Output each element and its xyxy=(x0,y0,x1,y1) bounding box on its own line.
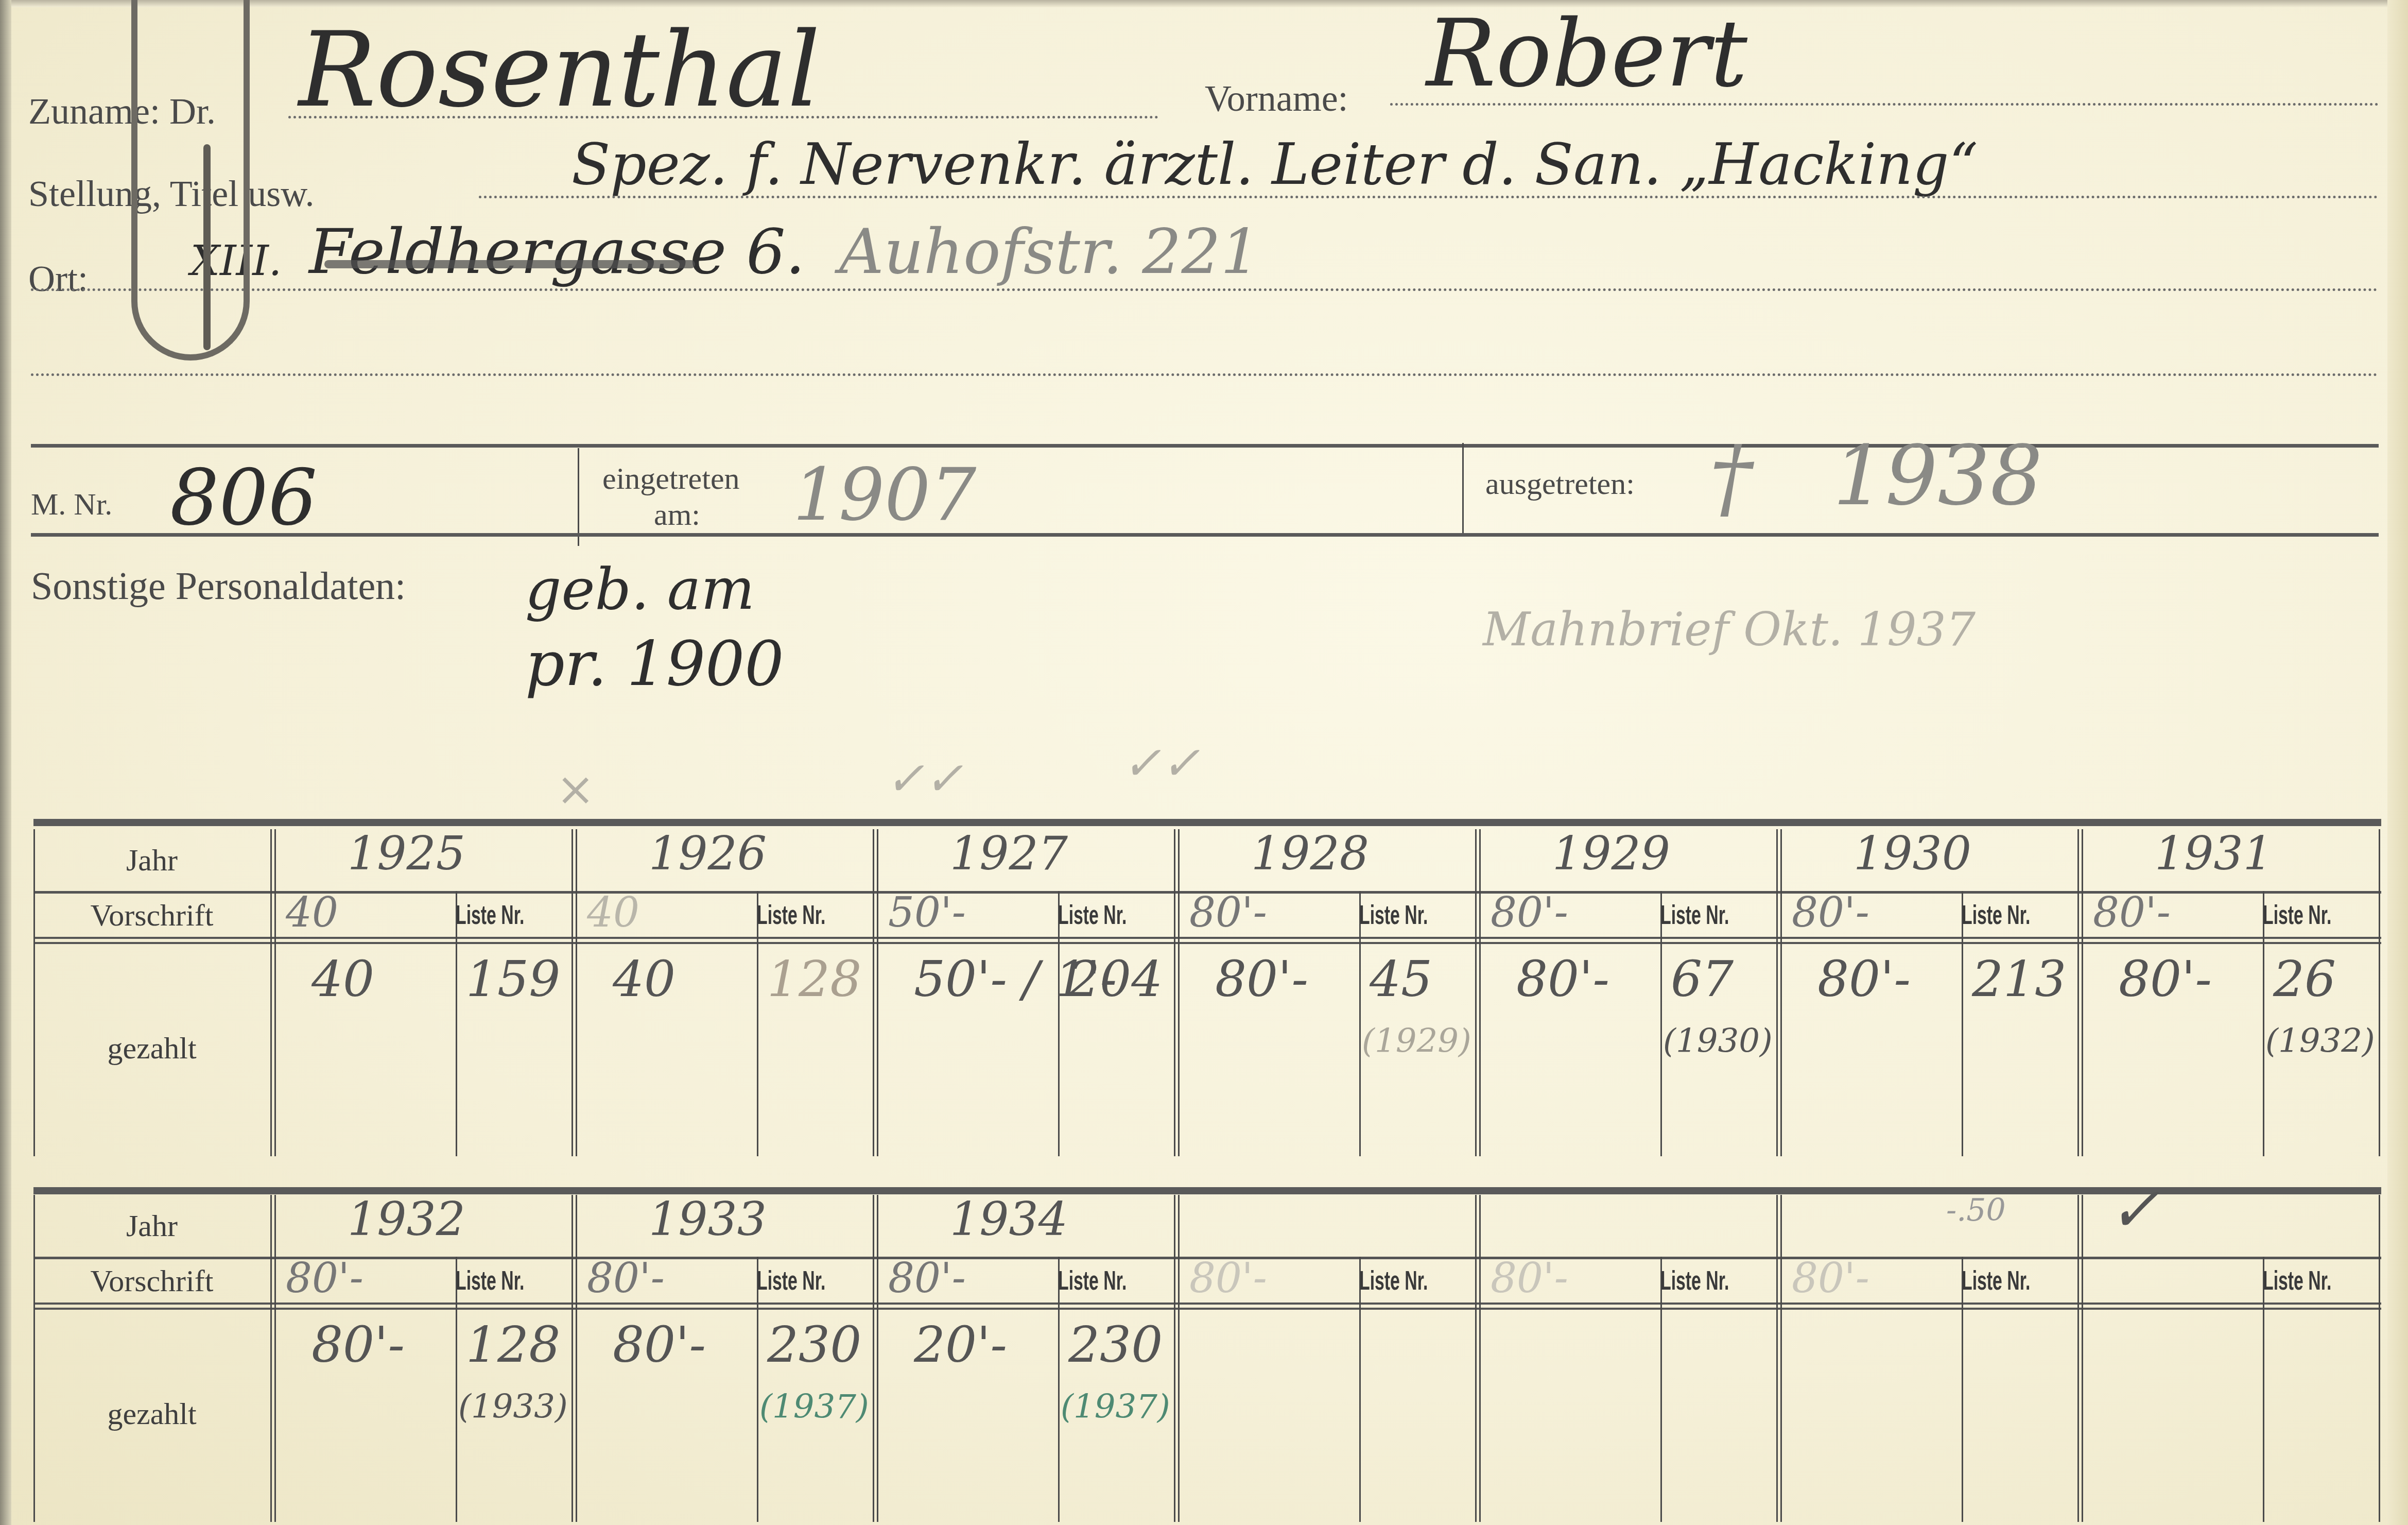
paperclip-icon xyxy=(131,0,250,361)
ledger-year-divider-double xyxy=(2082,1195,2083,1522)
liste-year-value: (1933) xyxy=(458,1388,568,1426)
ledger-year-divider xyxy=(1475,1195,1477,1522)
stellung-dotline xyxy=(479,196,2379,198)
vorschrift-value: 80'- xyxy=(2093,888,2171,936)
mnr-label: M. Nr. xyxy=(31,487,112,522)
liste-nr-label: Liste Nr. xyxy=(1359,1257,1428,1306)
zuname-value: Rosenthal xyxy=(299,10,820,130)
checkmark-icon: ✓✓ xyxy=(886,752,963,806)
row-label-vorschrift: Vorschrift xyxy=(33,1257,270,1306)
ledger-year-divider-double xyxy=(877,829,878,1156)
row-label-vorschrift: Vorschrift xyxy=(33,891,270,940)
vorname-dotline xyxy=(1390,103,2379,106)
ledger-year-divider-double xyxy=(1780,1195,1782,1522)
ledger-left-border xyxy=(33,1195,35,1522)
vorschrift-value: 80'- xyxy=(1792,1254,1869,1302)
vorschrift-value: 80'- xyxy=(1189,1254,1267,1302)
paperclip-inner-wire xyxy=(203,144,211,350)
gezahlt-value: 80'- xyxy=(1817,950,1911,1008)
mahnbrief-note: Mahnbrief Okt. 1937 xyxy=(1483,603,1976,657)
ledger-year-divider xyxy=(1475,829,1477,1156)
vorschrift-value: 80'- xyxy=(1189,888,1267,936)
membership-card: Zuname: Dr. Rosenthal Vorname: Robert St… xyxy=(0,0,2408,1525)
ledger-year-divider-double xyxy=(576,829,577,1156)
ledger-year-divider-double xyxy=(1178,1195,1180,1522)
gezahlt-value: 80'- xyxy=(613,1316,706,1374)
ort-label: Ort: xyxy=(28,258,88,300)
ledger-year-divider xyxy=(873,1195,874,1522)
ledger-right-border xyxy=(2379,1195,2380,1522)
gezahlt-value: 80'- xyxy=(1215,950,1308,1008)
ledger-year-divider-double xyxy=(877,1195,878,1522)
gezahlt-value: 80'- xyxy=(1516,950,1609,1008)
liste-year-value: (1929) xyxy=(1362,1022,1471,1060)
ledger-year-divider-double xyxy=(1178,829,1180,1156)
gezahlt-value: 20'- xyxy=(914,1316,1007,1374)
ledger-top-rule xyxy=(33,819,2381,826)
stellung-value: Spez. f. Nervenkr. ärztl. Leiter d. San.… xyxy=(571,131,1978,197)
year-value: 1925 xyxy=(348,827,465,881)
card-edge-top xyxy=(0,0,2408,7)
ledger-year-divider-double xyxy=(274,1195,276,1522)
ledger-year-divider xyxy=(571,829,573,1156)
liste-value: 67 xyxy=(1671,950,1734,1008)
ausgetreten-cross-icon: † xyxy=(1709,427,1753,529)
ledger-year-divider-double xyxy=(1479,829,1481,1156)
liste-value: 230 xyxy=(1068,1316,1163,1374)
year-value: 1932 xyxy=(348,1192,465,1246)
liste-value: 128 xyxy=(466,1316,560,1374)
liste-year-value: (1937) xyxy=(759,1388,869,1426)
ledger-year-divider-double xyxy=(274,829,276,1156)
ledger-row-rule-double-b xyxy=(33,942,2381,944)
eingetreten-label: eingetreten xyxy=(602,461,740,496)
ort-new-address: Auhofstr. 221 xyxy=(839,216,1260,288)
row-label-gezahlt: gezahlt xyxy=(33,1306,270,1522)
vorname-label: Vorname: xyxy=(1205,77,1348,120)
liste-nr-label: Liste Nr. xyxy=(2263,1257,2331,1306)
liste-value: 45 xyxy=(1370,950,1432,1008)
liste-year-value: (1932) xyxy=(2265,1022,2375,1060)
liste-value: 26 xyxy=(2273,950,2336,1008)
row-label-jahr: Jahr xyxy=(33,829,270,891)
eingetreten-value: 1907 xyxy=(793,453,976,537)
liste-year-value: (1930) xyxy=(1663,1022,1773,1060)
liste-nr-label: Liste Nr. xyxy=(1359,891,1428,940)
ort-old-address: Feldhergasse 6. xyxy=(309,216,805,288)
vorschrift-value: 50'- xyxy=(888,888,966,936)
ledger-year-divider xyxy=(2077,829,2079,1156)
liste-nr-label: Liste Nr. xyxy=(757,1257,825,1306)
liste-value: 230 xyxy=(767,1316,861,1374)
liste-value: 159 xyxy=(466,950,560,1008)
vorschrift-value: 80'- xyxy=(286,1254,363,1302)
sonstige-label: Sonstige Personaldaten: xyxy=(31,564,406,609)
ledger-year-divider xyxy=(2077,1195,2079,1522)
row-label-jahr: Jahr xyxy=(33,1195,270,1257)
vorschrift-value: 80'- xyxy=(1491,1254,1568,1302)
year-value: 1928 xyxy=(1251,827,1369,881)
liste-nr-label: Liste Nr. xyxy=(1660,891,1729,940)
year-value: 1926 xyxy=(649,827,767,881)
vorschrift-value: 80'- xyxy=(888,1254,966,1302)
gezahlt-value: 40 xyxy=(613,950,675,1008)
ledger-year-divider-double xyxy=(576,1195,577,1522)
vorschrift-value: 40 xyxy=(286,888,338,936)
ledger-year-divider-double xyxy=(1479,1195,1481,1522)
liste-value: 213 xyxy=(1972,950,2066,1008)
ledger-year-divider-double xyxy=(2082,829,2083,1156)
year-value: 1934 xyxy=(950,1192,1068,1246)
year-value: -.50 xyxy=(1946,1192,2006,1228)
liste-nr-label: Liste Nr. xyxy=(1660,1257,1729,1306)
liste-nr-label: Liste Nr. xyxy=(2263,891,2331,940)
gezahlt-value: 80'- xyxy=(2119,950,2212,1008)
band-bottom-rule xyxy=(31,533,2379,537)
year-value: 1933 xyxy=(649,1192,767,1246)
liste-value: 204 xyxy=(1068,950,1163,1008)
ledger-year-divider xyxy=(571,1195,573,1522)
eingetreten-am-label: am: xyxy=(654,497,700,533)
card-edge-left xyxy=(0,0,11,1525)
ausgetreten-value: 1938 xyxy=(1833,427,2042,524)
liste-year-value: (1937) xyxy=(1061,1388,1170,1426)
ledger-year-divider xyxy=(1776,829,1778,1156)
checkmark-icon-2: ✓✓ xyxy=(1122,736,1200,791)
sonstige-line1: geb. am xyxy=(525,556,755,622)
vorschrift-value: 80'- xyxy=(587,1254,665,1302)
mnr-value: 806 xyxy=(170,453,317,543)
gezahlt-value: 40 xyxy=(311,950,374,1008)
liste-nr-label: Liste Nr. xyxy=(456,1257,524,1306)
row-label-gezahlt: gezahlt xyxy=(33,940,270,1156)
year-value: 1930 xyxy=(1853,827,1971,881)
zuname-dotline xyxy=(288,116,1158,118)
ledger-year-divider xyxy=(1174,1195,1175,1522)
vorname-value: Robert xyxy=(1426,0,1747,108)
ledger-right-border xyxy=(2379,829,2380,1156)
card-edge-right xyxy=(2387,0,2408,1525)
sonstige-line2: pr. 1900 xyxy=(525,628,784,700)
gezahlt-value: 80'- xyxy=(311,1316,405,1374)
ledger-year-divider xyxy=(873,829,874,1156)
vorschrift-value: 80'- xyxy=(1491,888,1568,936)
liste-nr-label: Liste Nr. xyxy=(1058,1257,1127,1306)
ledger-row-rule-double-b xyxy=(33,1308,2381,1310)
ledger-year-divider xyxy=(1174,829,1175,1156)
mark-x-icon: × xyxy=(556,762,595,816)
ledger-left-border xyxy=(33,829,35,1156)
ledger-year-divider-double xyxy=(1780,829,1782,1156)
extra-dotline xyxy=(31,373,2379,376)
strikethrough-line xyxy=(324,260,695,268)
vorschrift-value: 40 xyxy=(587,888,639,936)
ausgetreten-label: ausgetreten: xyxy=(1485,466,1635,502)
band-divider xyxy=(578,448,579,546)
liste-nr-label: Liste Nr. xyxy=(1962,891,2030,940)
ledger-year-divider xyxy=(1776,1195,1778,1522)
ledger-year-divider xyxy=(270,1195,272,1522)
ledger-year-divider xyxy=(270,829,272,1156)
year-value: 1931 xyxy=(2155,827,2273,881)
liste-value: 128 xyxy=(767,950,861,1008)
liste-nr-label: Liste Nr. xyxy=(1962,1257,2030,1306)
ort-dotline xyxy=(31,288,2379,291)
band-divider-2 xyxy=(1462,443,1464,536)
vorschrift-value: 80'- xyxy=(1792,888,1869,936)
liste-nr-label: Liste Nr. xyxy=(456,891,524,940)
liste-nr-label: Liste Nr. xyxy=(757,891,825,940)
year-value: ✓ xyxy=(2108,1174,2160,1246)
year-value: 1927 xyxy=(950,827,1068,881)
year-value: 1929 xyxy=(1552,827,1670,881)
liste-nr-label: Liste Nr. xyxy=(1058,891,1127,940)
